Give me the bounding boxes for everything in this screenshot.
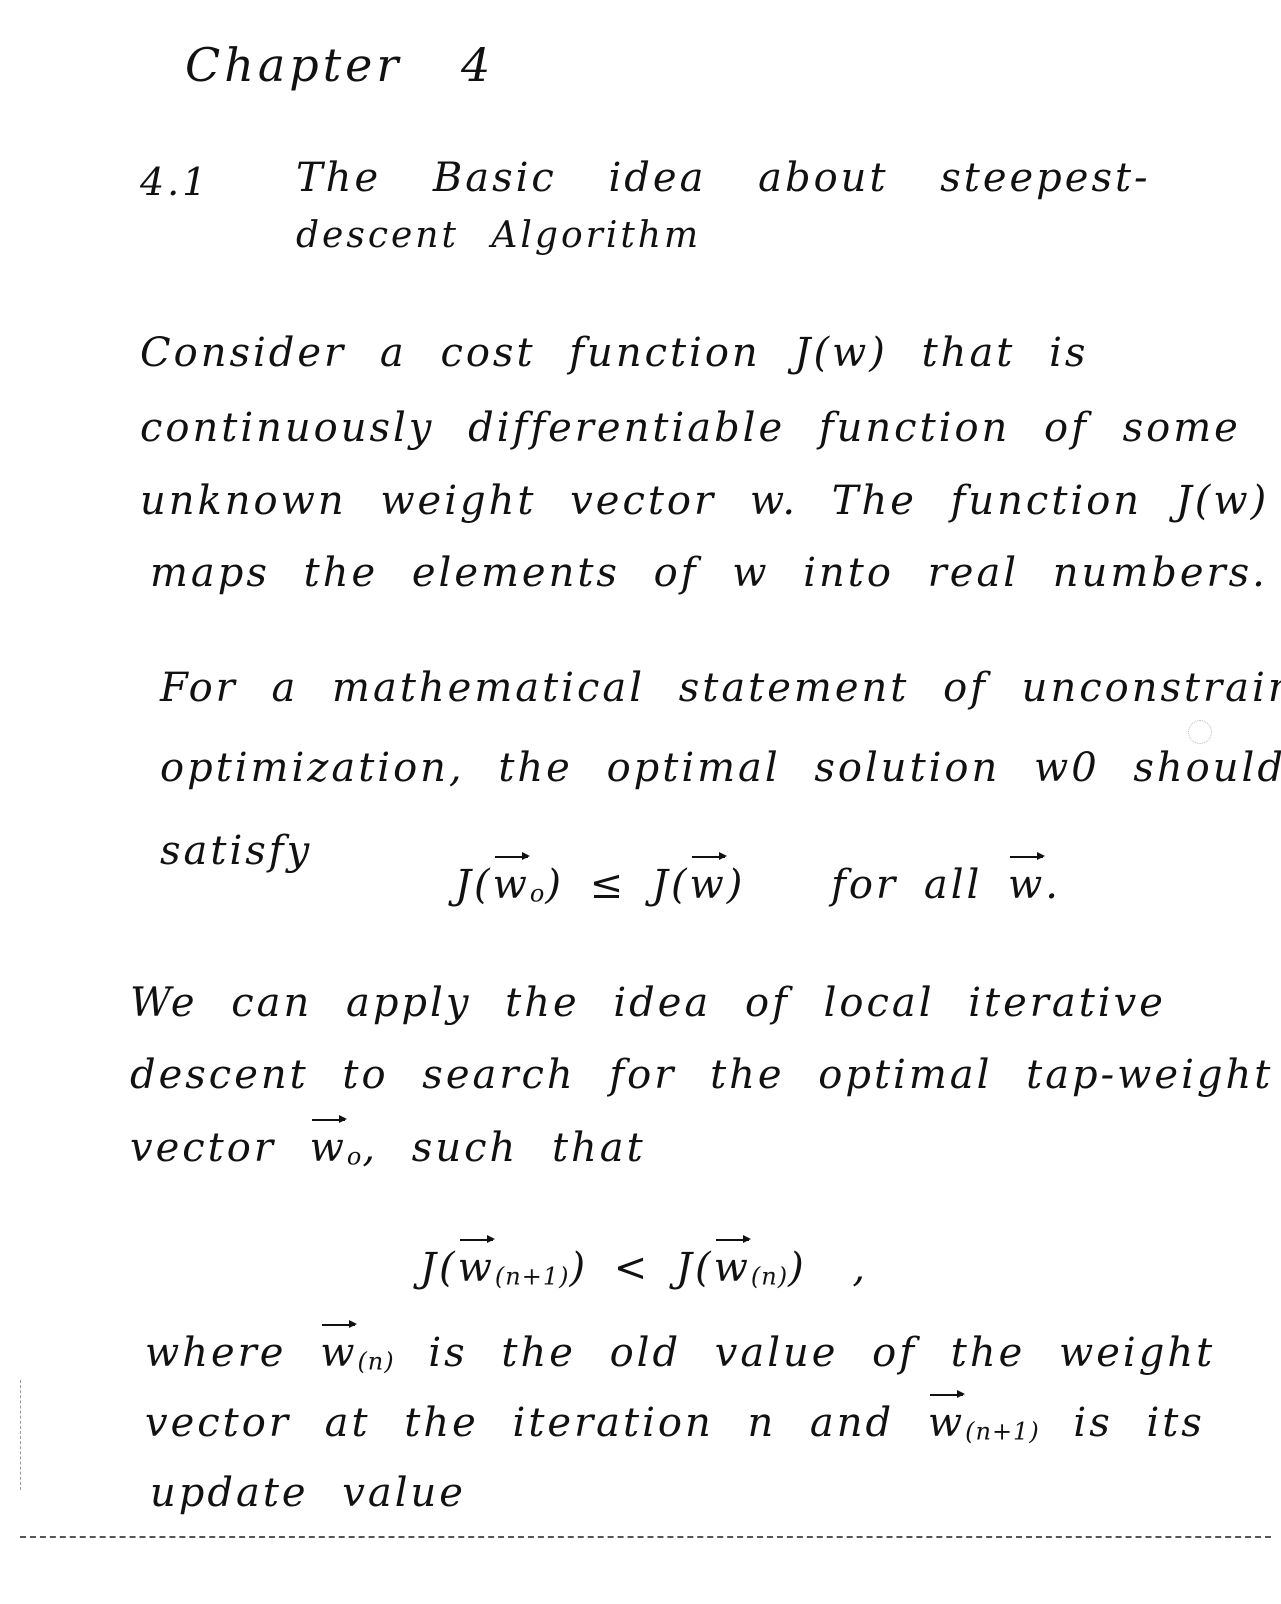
paragraph1-line3: unknown weight vector w. The function J(… xyxy=(140,478,1269,524)
paragraph2-line3: satisfy xyxy=(160,828,312,874)
section-title-line1: The Basic idea about steepest- xyxy=(296,155,1151,201)
equation-optimality: J(wo) ≤ J(w) for all w. xyxy=(455,862,1061,908)
vector-w-symbol: w xyxy=(928,1400,965,1446)
section-title-line2: descent Algorithm xyxy=(296,215,701,256)
paragraph3-line1: We can apply the idea of local iterative xyxy=(130,980,1166,1026)
scan-margin-mark xyxy=(20,1380,21,1490)
vector-w-symbol: w xyxy=(714,1245,751,1291)
vector-w-symbol: w xyxy=(458,1245,495,1291)
vector-w-symbol: w xyxy=(493,862,530,908)
paragraph3-line3: vector wo, such that xyxy=(130,1125,646,1171)
paragraph1-line1: Consider a cost function J(w) that is xyxy=(140,330,1088,376)
paragraph4-line2: vector at the iteration n and w(n+1) is … xyxy=(145,1400,1205,1446)
paragraph3-line2: descent to search for the optimal tap-we… xyxy=(130,1052,1273,1098)
paragraph2-line2: optimization, the optimal solution w0 sh… xyxy=(160,745,1281,791)
vector-w-symbol: w xyxy=(310,1125,347,1171)
section-number: 4.1 xyxy=(140,160,209,204)
paragraph4-line3: update value xyxy=(150,1470,466,1516)
paragraph4-line1: where w(n) is the old value of the weigh… xyxy=(145,1330,1215,1376)
vector-w-symbol: w xyxy=(1008,862,1045,908)
chapter-heading: Chapter 4 xyxy=(185,38,494,92)
paragraph2-line1: For a mathematical statement of unconstr… xyxy=(160,665,1281,711)
vector-w-symbol: w xyxy=(690,862,727,908)
page-bottom-rule xyxy=(20,1536,1271,1538)
paragraph1-line2: continuously differentiable function of … xyxy=(140,405,1241,451)
paragraph1-line4: maps the elements of w into real numbers… xyxy=(150,550,1268,596)
vector-w-symbol: w xyxy=(320,1330,357,1376)
equation-descent: J(w(n+1)) < J(w(n)) , xyxy=(420,1245,868,1291)
scan-speck xyxy=(1188,720,1212,744)
